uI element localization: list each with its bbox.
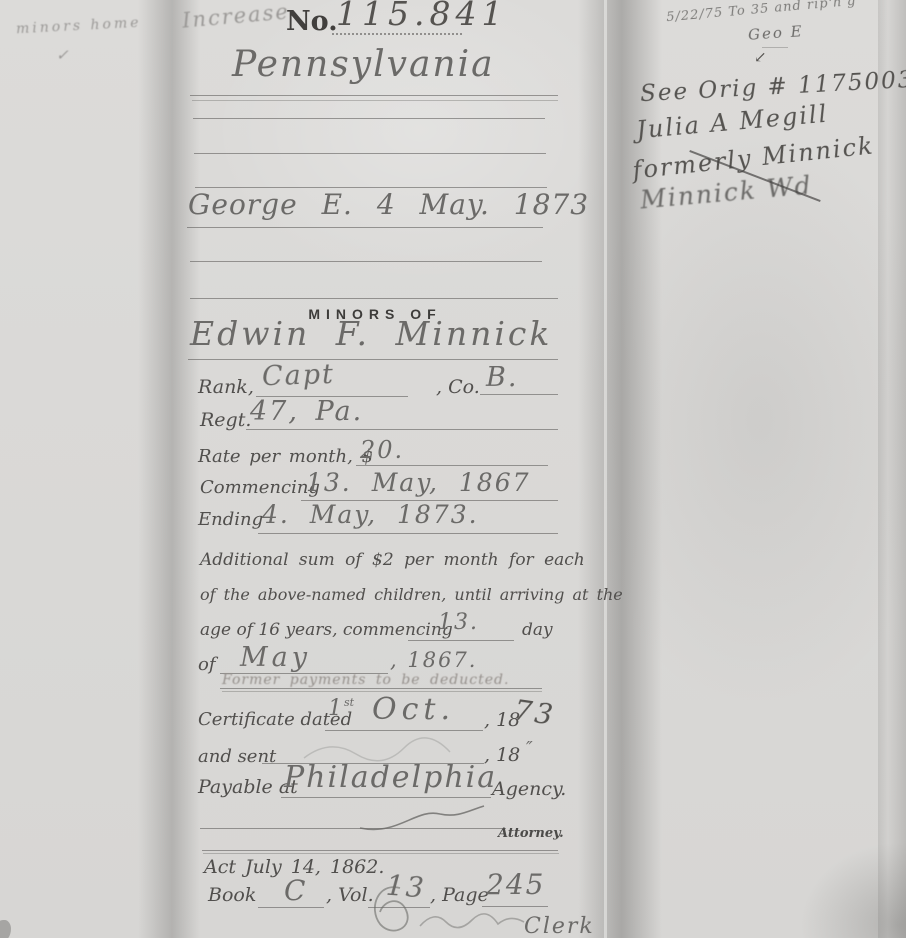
clerk-label: Clerk xyxy=(524,914,595,938)
payable-fill-line xyxy=(281,797,491,798)
page-value: 245 xyxy=(486,868,545,901)
attorney-label: Attorney. xyxy=(498,826,564,841)
clause-day-suffix-label: day xyxy=(522,620,553,640)
certificate-day-number: 1 xyxy=(328,696,344,721)
sent-ditto-mark: ″ xyxy=(526,738,535,759)
ending-value: 4. May, 1873. xyxy=(262,500,479,529)
ruled-line xyxy=(193,118,545,119)
section-divider xyxy=(202,850,558,851)
ending-fill-line xyxy=(258,533,558,534)
ruled-line xyxy=(192,100,558,101)
company-label: , Co. xyxy=(436,376,480,398)
commencing-label: Commencing xyxy=(200,477,320,498)
payable-agency-value: Philadelphia xyxy=(284,760,497,795)
rate-value: 20. xyxy=(360,436,404,464)
clause-of-label: of xyxy=(198,654,216,675)
regiment-value: 47, Pa. xyxy=(250,396,363,427)
certificate-month: Oct. xyxy=(372,692,455,727)
certificate-day: 1st xyxy=(328,696,354,721)
book-value: C xyxy=(284,874,307,907)
form-number-label: No. xyxy=(286,6,338,37)
day-fill-line xyxy=(408,640,514,641)
ruled-line xyxy=(188,359,558,360)
fold-highlight xyxy=(604,0,607,938)
certificate-year-handwritten: 73 xyxy=(512,693,558,731)
form-number-value: 115.841 xyxy=(336,0,507,33)
increase-note: Increase xyxy=(181,0,290,33)
clause-line-2: of the above-named children, until arriv… xyxy=(200,585,623,604)
soldier-name: Edwin F. Minnick xyxy=(190,314,552,353)
book-fill-line xyxy=(258,907,324,908)
ruled-line xyxy=(187,227,543,228)
payable-at-label: Payable at xyxy=(198,776,298,798)
number-dotted-line xyxy=(332,33,462,35)
check-mark: ✓ xyxy=(56,46,71,64)
state-name: Pennsylvania xyxy=(232,44,495,85)
rate-fill-line xyxy=(356,465,548,466)
clause-day-value: 13. xyxy=(438,610,479,635)
entry-date-line: George E. 4 May. 1873 xyxy=(188,188,589,221)
cert-date-fill-line xyxy=(325,730,483,731)
clause-line-1: Additional sum of $2 per month for each xyxy=(200,550,585,570)
clause-month-value: May xyxy=(240,642,311,673)
rank-label: Rank, xyxy=(198,376,254,398)
rate-label: Rate per month, $ xyxy=(198,446,373,467)
ending-label: Ending xyxy=(198,509,263,530)
torn-corner-mark xyxy=(0,920,11,938)
section-divider xyxy=(203,853,559,854)
ruled-line xyxy=(190,95,558,96)
company-value: B. xyxy=(486,362,518,393)
book-label: Book xyxy=(208,884,256,906)
left-fold-shadow xyxy=(138,0,200,938)
deduction-underline xyxy=(220,688,542,689)
regt-fill-line xyxy=(246,429,558,430)
clause-line-3: age of 16 years, commencing xyxy=(200,620,453,640)
arrow-mark: ↙ xyxy=(754,48,769,66)
and-sent-label: and sent xyxy=(198,746,276,767)
ruled-line xyxy=(194,153,546,154)
signature-loop-flourish xyxy=(366,882,426,938)
rank-value: Capt xyxy=(261,359,335,393)
attorney-line-flourish xyxy=(358,804,488,834)
clause-year-value: , 1867. xyxy=(390,648,477,672)
corner-note-initials: Geo E xyxy=(747,22,804,44)
corner-note-date: 5/22/75 To 35 and rip'h'g xyxy=(666,0,857,25)
ruled-line xyxy=(190,298,558,299)
certificate-day-suffix: st xyxy=(344,696,354,709)
regiment-label: Regt. xyxy=(200,409,251,431)
margin-note: minors home xyxy=(16,15,142,38)
page-label: , Page xyxy=(430,884,489,906)
scanned-pension-document: minors home ✓ Increase No. 115.841 5/22/… xyxy=(0,0,906,938)
ruled-line xyxy=(190,261,542,262)
see-orig-note: See Orig # 1175003 xyxy=(640,67,906,107)
co-fill-line xyxy=(480,394,558,395)
right-page-edge xyxy=(878,0,906,938)
claimant-name-note: Julia A Megill xyxy=(635,100,829,145)
commencing-value: 13. May, 1867 xyxy=(306,468,531,497)
signature-scrawl xyxy=(418,906,528,938)
deduction-note: Former payments to be deducted. xyxy=(222,672,509,688)
agency-label: Agency. xyxy=(492,778,566,800)
